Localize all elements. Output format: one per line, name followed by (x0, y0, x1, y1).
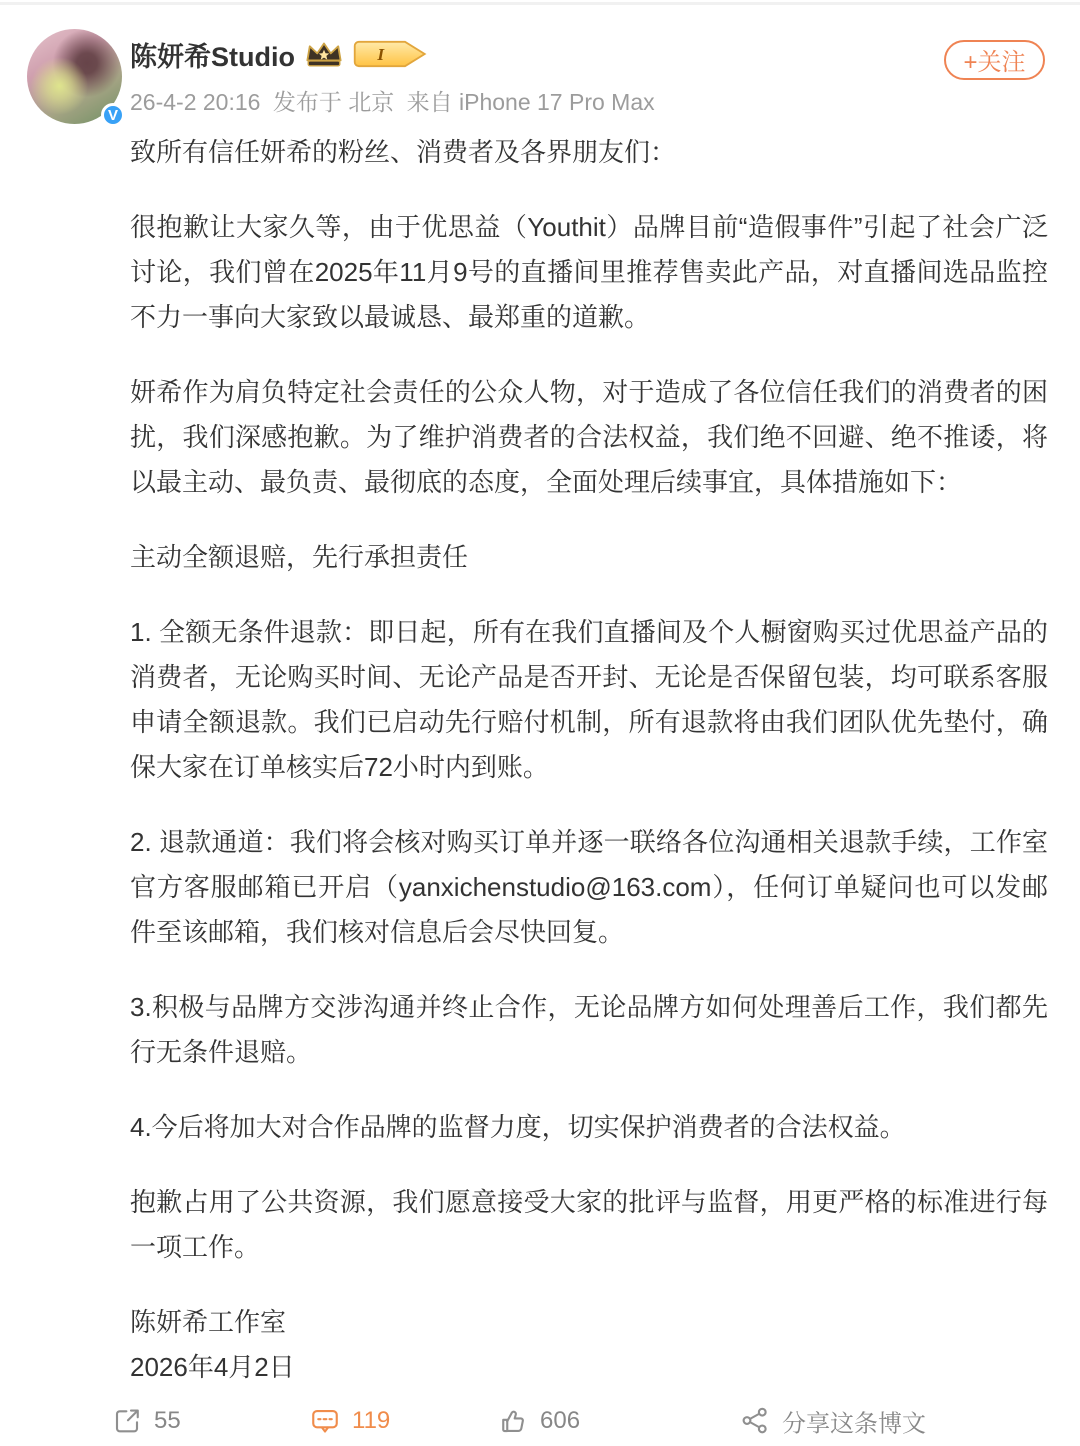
follow-button[interactable]: +关注 (944, 40, 1045, 80)
repost-button[interactable]: 55 (112, 1406, 181, 1436)
post-paragraph-8: 4.今后将加大对合作品牌的监督力度，切实保护消费者的合法权益。 (130, 1105, 1048, 1150)
crown-vip-icon[interactable] (304, 39, 344, 70)
post-location: 发布于 北京 (273, 89, 394, 115)
comment-count: 119 (352, 1407, 390, 1435)
share-nodes-icon (740, 1406, 770, 1436)
post-paragraph-3: 妍希作为肩负特定社会责任的公众人物，对于造成了各位信任我们的消费者的困扰，我们深… (130, 370, 1048, 505)
repost-count: 55 (154, 1407, 181, 1435)
like-button[interactable]: 606 (498, 1406, 580, 1436)
comment-button[interactable]: 119 (310, 1406, 390, 1436)
post-meta: 26-4-2 20:16 发布于 北京 来自 iPhone 17 Pro Max (130, 84, 661, 117)
verified-v-badge-icon: V (101, 103, 125, 127)
post-paragraph-9: 抱歉占用了公共资源，我们愿意接受大家的批评与监督，用更严格的标准进行每一项工作。 (130, 1180, 1048, 1270)
post-paragraph-1: 致所有信任妍希的粉丝、消费者及各界朋友们： (130, 130, 1048, 175)
post-paragraph-7: 3.积极与品牌方交涉沟通并终止合作，无论品牌方如何处理善后工作，我们都先行无条件… (130, 985, 1048, 1075)
author-line: 陈妍希Studio I (130, 36, 427, 72)
share-post-button[interactable]: 分享这条博文 (740, 1403, 926, 1438)
signature-name: 陈妍希工作室 (130, 1300, 1048, 1345)
thumbs-up-icon (498, 1406, 528, 1436)
action-bar: 55 119 606 分享这条博文 (0, 1395, 1080, 1446)
vip-level-text: I (376, 45, 385, 64)
post-signature: 陈妍希工作室 2026年4月2日 (130, 1300, 1048, 1390)
post-content: 致所有信任妍希的粉丝、消费者及各界朋友们： 很抱歉让大家久等，由于优思益（You… (130, 130, 1048, 1390)
top-divider (0, 2, 1080, 5)
like-count: 606 (540, 1407, 580, 1435)
weibo-post-card: V 陈妍希Studio I 26-4-2 20:16 发布于 北京 来自 iPh… (0, 0, 1080, 1446)
post-paragraph-2: 很抱歉让大家久等，由于优思益（Youthit）品牌目前“造假事件”引起了社会广泛… (130, 205, 1048, 340)
repost-export-icon (112, 1406, 142, 1436)
vip-level-badge[interactable]: I (353, 40, 427, 68)
comment-bubble-icon (310, 1406, 340, 1436)
post-paragraph-4: 主动全额退赔，先行承担责任 (130, 535, 1048, 580)
post-device: 来自 iPhone 17 Pro Max (407, 89, 655, 115)
share-label: 分享这条博文 (782, 1403, 926, 1438)
post-paragraph-5: 1. 全额无条件退款：即日起，所有在我们直播间及个人橱窗购买过优思益产品的消费者… (130, 610, 1048, 790)
avatar[interactable]: V (27, 29, 122, 124)
post-time: 26-4-2 20:16 (130, 89, 260, 115)
author-name[interactable]: 陈妍希Studio (130, 35, 295, 74)
signature-date: 2026年4月2日 (130, 1345, 1048, 1390)
post-paragraph-6: 2. 退款通道：我们将会核对购买订单并逐一联络各位沟通相关退款手续，工作室官方客… (130, 820, 1048, 955)
